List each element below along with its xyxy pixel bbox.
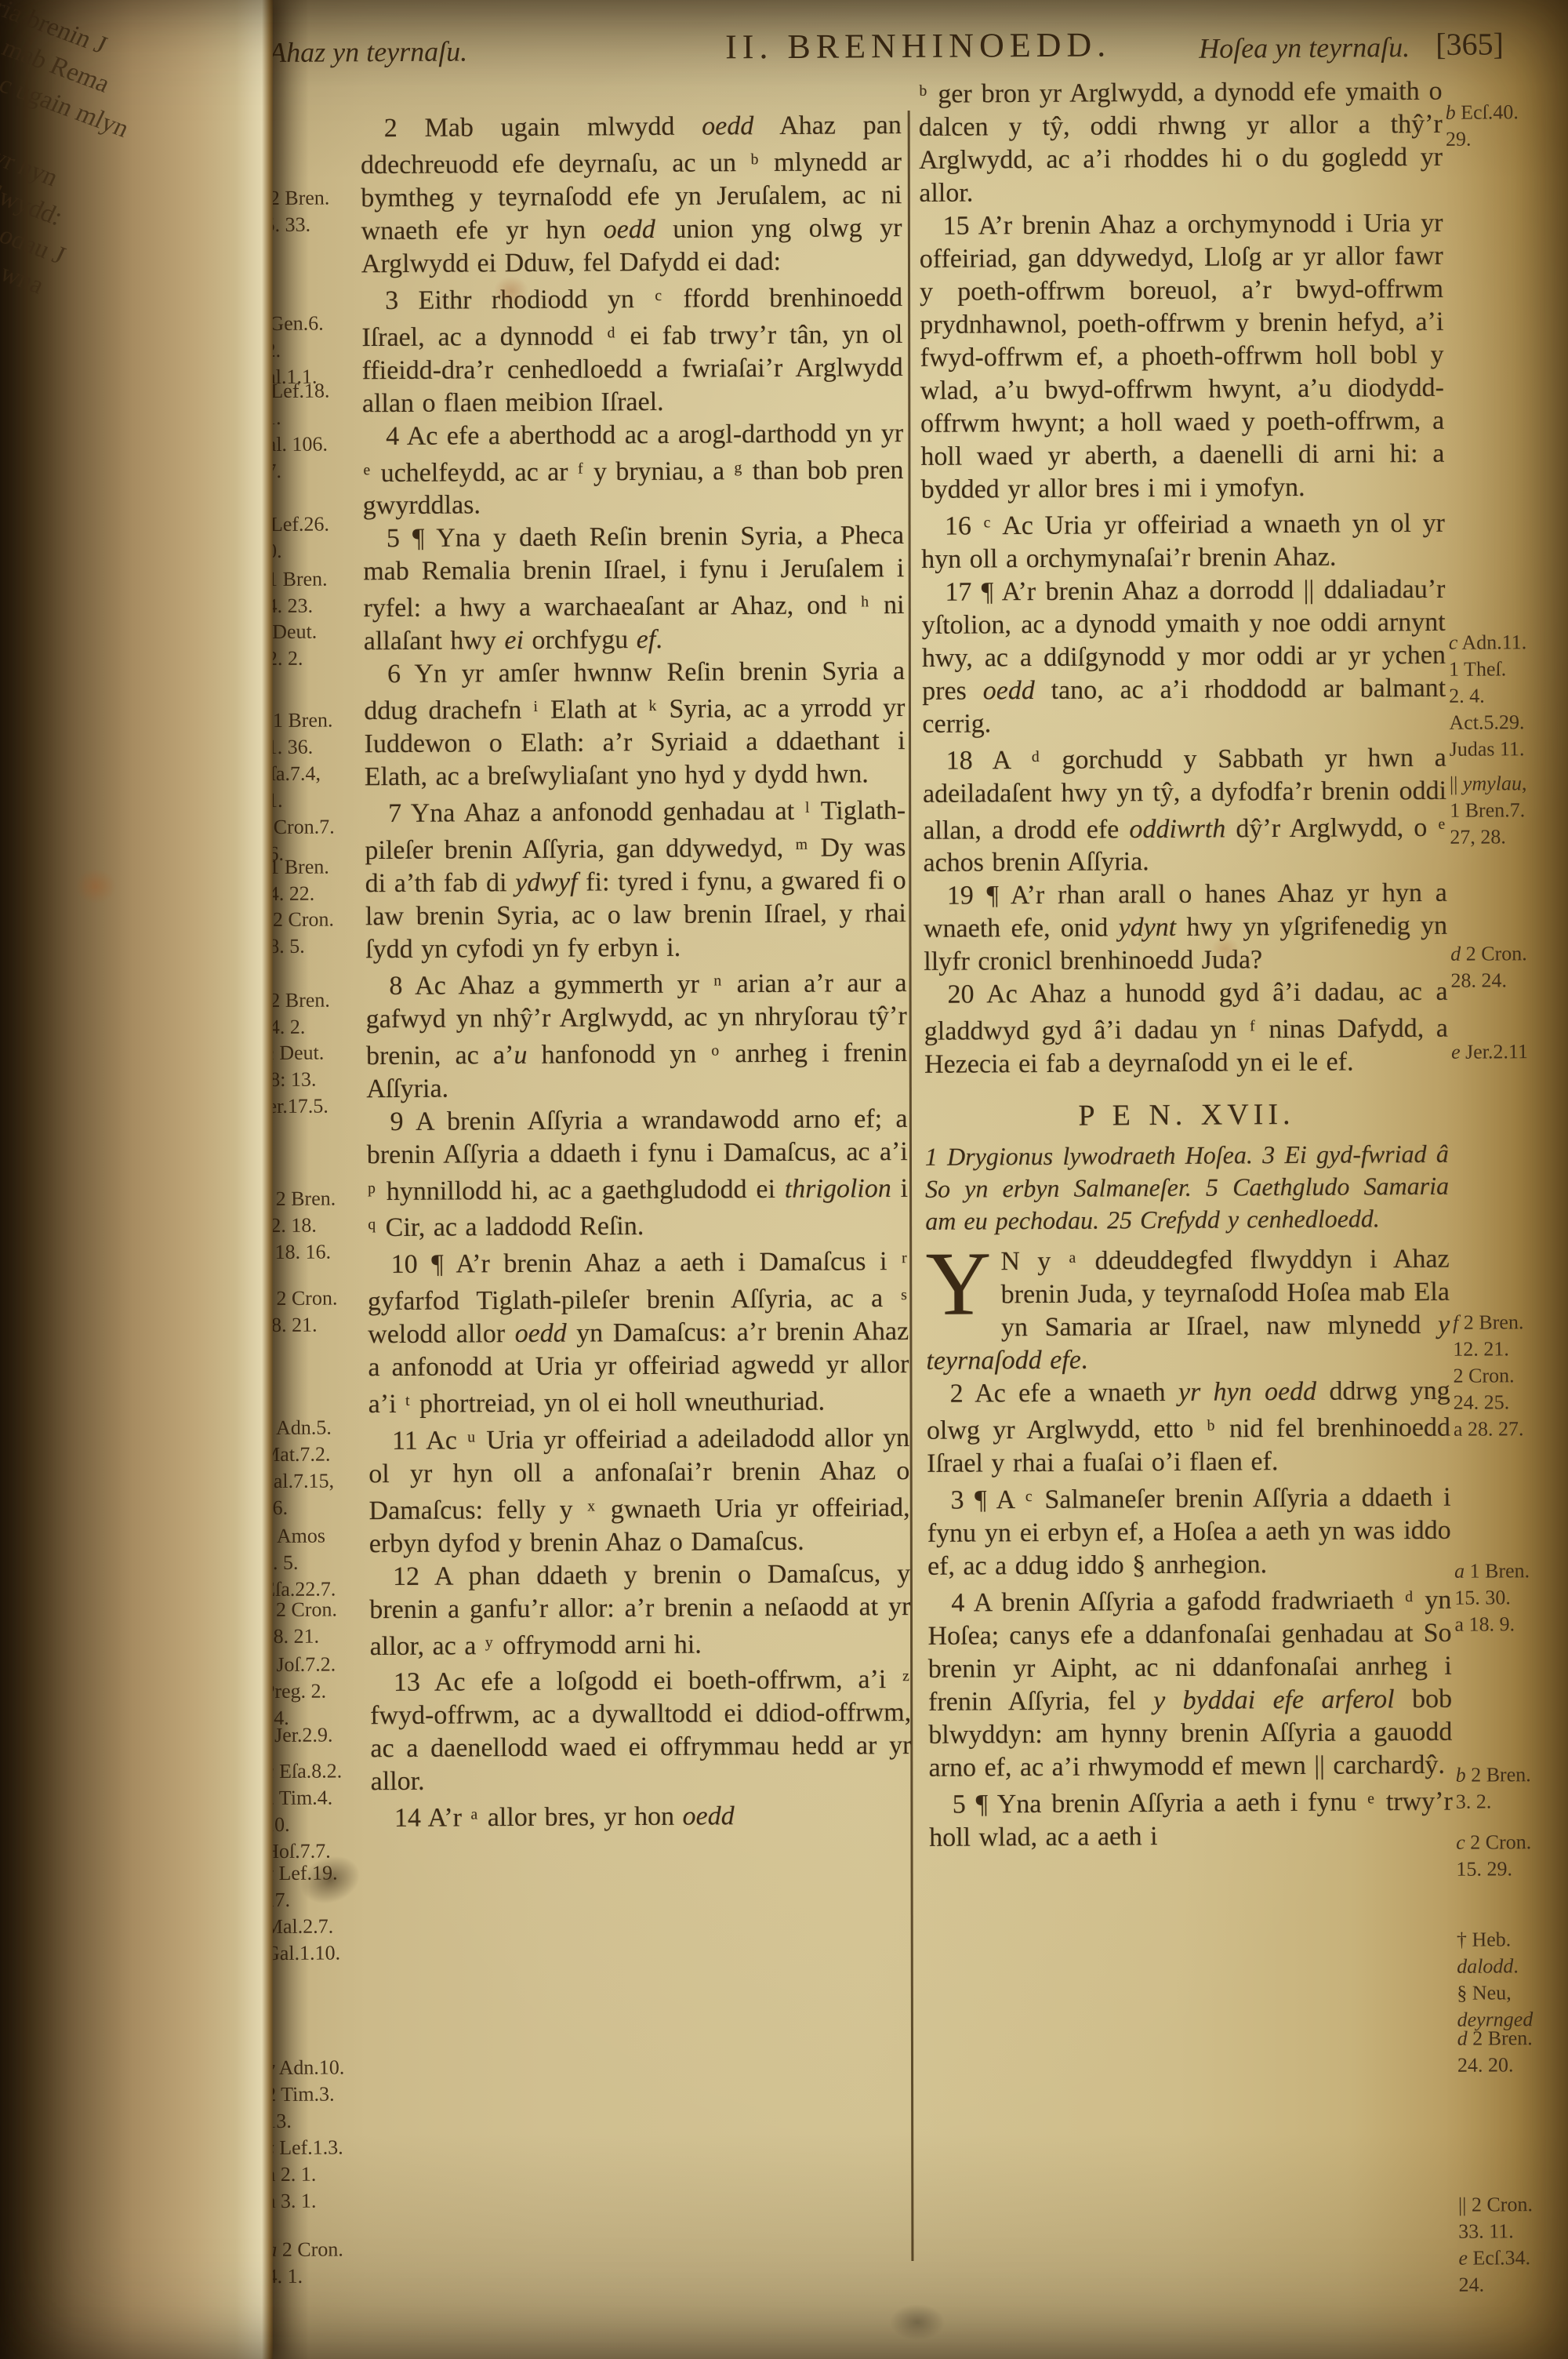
margin-note-line: 15. 30. [1454,1584,1530,1612]
verse-paragraph: b ger bron yr Arglwydd, a dynodd efe yma… [918,71,1443,210]
verse-paragraph: 20 Ac Ahaz a hunodd gyd â’i dadau, ac a … [924,976,1448,1081]
drop-cap-initial: Y [925,1242,1000,1321]
verse-paragraph-dropcap: YN y a ddeuddegfed flwyddyn i Ahaz breni… [925,1239,1450,1378]
margin-note-line: b 2 Bren. [1456,1761,1531,1789]
margin-note-line: c Adn.11. [1449,629,1527,656]
margin-note-line: 33. 11. [1458,2218,1533,2245]
margin-note-cluster: b 2 Bren.3. 2. [1456,1761,1531,1816]
margin-note-line: Judas 11. [1450,736,1528,763]
verse-paragraph: 5 ¶ Yna y daeth Reſin brenin Syria, a Ph… [363,519,905,658]
verse-paragraph: 18 A d gorchudd y Sabbath yr hwn a adeil… [923,738,1447,881]
margin-note-line: d 2 Cron. [1450,940,1527,968]
chapter-argument: 1 Drygionus lywodraeth Hoſea. 3 Ei gyd-f… [925,1138,1450,1238]
previous-page-text: cugain i Azaria brenin Jyrnaſodd Peca ma… [0,0,273,2252]
left-text-column: 2 Mab ugain mlwydd oedd Ahaz pan ddechre… [361,109,912,1835]
verse-paragraph: 7 Yna Ahaz a anfonodd genhadau at l Tigl… [365,791,906,966]
margin-note-line: 24. 20. [1457,2052,1533,2079]
margin-note-line: c 2 Cron. [1456,1829,1531,1856]
verse-paragraph: 4 Ac efe a aberthodd ac a arogl-darthodd… [362,417,904,523]
verse-paragraph: 11 Ac u Uria yr offeiriad a adeiladodd a… [368,1418,910,1561]
margin-note-line: 2 Cron. [1453,1362,1523,1390]
verse-paragraph: 8 Ac Ahaz a gymmerth yr n arian a’r aur … [365,963,907,1106]
verse-paragraph: 19 ¶ A’r rhan arall o hanes Ahaz yr hyn … [924,877,1448,979]
margin-note-cluster: a 1 Bren.15. 30.a 18. 9. [1454,1558,1530,1638]
margin-note-line: b Ecſ.40. [1446,99,1519,126]
verse-paragraph: 3 Eithr rhodiodd yn c ffordd brenhinoedd… [361,278,903,420]
margin-note-line: Act.5.29. [1449,709,1527,736]
margin-note-line: 2. 4. [1449,682,1527,710]
right-text-column: b ger bron yr Arglwydd, a dynodd efe yma… [918,71,1453,1855]
margin-note-line: 1 Theſ. [1449,656,1527,683]
verse-paragraph: 17 ¶ A’r brenin Ahaz a dorrodd || ddalia… [921,573,1446,741]
verse-paragraph: 14 A’r a allor bres, yr hon oedd [371,1795,912,1835]
margin-note-line: || ymylau, [1450,770,1527,798]
verse-paragraph: 15 A’r brenin Ahaz a orchymynodd i Uria … [919,207,1444,507]
margin-note-line: 12. 21. [1453,1336,1523,1363]
margin-note-line: 15. 29. [1456,1856,1531,1883]
right-margin-notes: b Ecſ.40.29.c Adn.11.1 Theſ.2. 4.Act.5.2… [1445,0,1568,2355]
margin-note-cluster: e Jer.2.11 [1451,1038,1528,1066]
margin-note-line: a 18. 9. [1454,1611,1530,1638]
margin-note-line: f 2 Bren. [1453,1309,1523,1336]
margin-note-line: 1 Bren.7. [1450,797,1527,824]
margin-note-line: a 28. 27. [1454,1416,1524,1443]
scanned-bible-page: cugain i Azaria brenin Jyrnaſodd Peca ma… [0,0,1568,2359]
curled-previous-page: cugain i Azaria brenin Jyrnaſodd Peca ma… [0,0,273,2359]
margin-note-line: 29. [1446,125,1519,153]
running-head-title: II. BRENHINOEDD. [644,24,1192,67]
verse-paragraph: 2 Mab ugain mlwydd oedd Ahaz pan ddechre… [361,109,902,281]
margin-note-line: 24. 25. [1454,1389,1524,1416]
margin-note-cluster: c Adn.11.1 Theſ.2. 4.Act.5.29.Judas 11. [1449,629,1527,763]
margin-note-cluster: d 2 Bren.24. 20. [1457,2025,1533,2079]
column-divider-rule [908,111,914,2261]
margin-note-cluster: || ymylau,1 Bren.7.27, 28. [1450,770,1527,851]
verse-paragraph: 9 A brenin Aſſyria a wrandawodd arno ef;… [366,1103,908,1245]
verse-paragraph: 2 Ac efe a wnaeth yr hyn oedd ddrwg yng … [927,1375,1451,1481]
margin-note-line: e Ecſ.34. [1458,2245,1533,2272]
margin-note-line: 24. [1459,2271,1534,2299]
margin-note-line: d 2 Bren. [1457,2025,1533,2052]
margin-note-cluster: b Ecſ.40.29. [1446,99,1519,153]
verse-paragraph: 13 Ac efe a loſgodd ei boeth-offrwm, a’i… [370,1659,912,1798]
margin-note-cluster: c 2 Cron.15. 29. [1456,1829,1531,1883]
verse-paragraph: 6 Yn yr amſer hwnnw Reſin brenin Syria a… [364,655,906,794]
gutter-shadow [273,0,309,2359]
margin-note-line: § Neu, [1457,1979,1533,2007]
margin-note-cluster: d 2 Cron.28. 24. [1450,940,1527,994]
margin-note-line: a 1 Bren. [1454,1558,1530,1585]
margin-note-line: e Jer.2.11 [1451,1038,1528,1066]
margin-note-cluster: || 2 Cron.33. 11.e Ecſ.34.24. [1458,2191,1534,2299]
verse-paragraph: 16 c Ac Uria yr offeiriad a wnaeth yn ol… [921,503,1446,576]
verse-paragraph: 3 ¶ A c Salmaneſer brenin Aſſyria a ddae… [927,1478,1451,1583]
margin-note-line: 28. 24. [1450,967,1527,994]
running-head-right: Hoſea yn teyrnaſu. [1199,31,1410,65]
margin-note-line: † Heb. [1457,1926,1533,1954]
margin-note-line: 27, 28. [1450,823,1527,851]
margin-note-line: dalodd. [1457,1953,1533,1980]
verse-paragraph: 12 A phan ddaeth y brenin o Damaſcus, y … [369,1558,911,1663]
margin-note-cluster: f 2 Bren.12. 21.2 Cron.24. 25.a 28. 27. [1453,1309,1524,1443]
chapter-heading: P E N. XVII. [924,1097,1448,1133]
verse-paragraph: 4 A brenin Aſſyria a gafodd fradwriaeth … [927,1580,1453,1785]
margin-note-line: || 2 Cron. [1458,2191,1533,2219]
margin-note-cluster: † Heb.dalodd.§ Neu,deyrnged [1457,1926,1534,2034]
margin-note-line: 3. 2. [1456,1788,1531,1816]
verse-paragraph: 5 ¶ Yna brenin Aſſyria a aeth i fynu e t… [929,1782,1454,1855]
verse-paragraph: 10 ¶ A’r brenin Ahaz a aeth i Damaſcus i… [368,1241,909,1421]
